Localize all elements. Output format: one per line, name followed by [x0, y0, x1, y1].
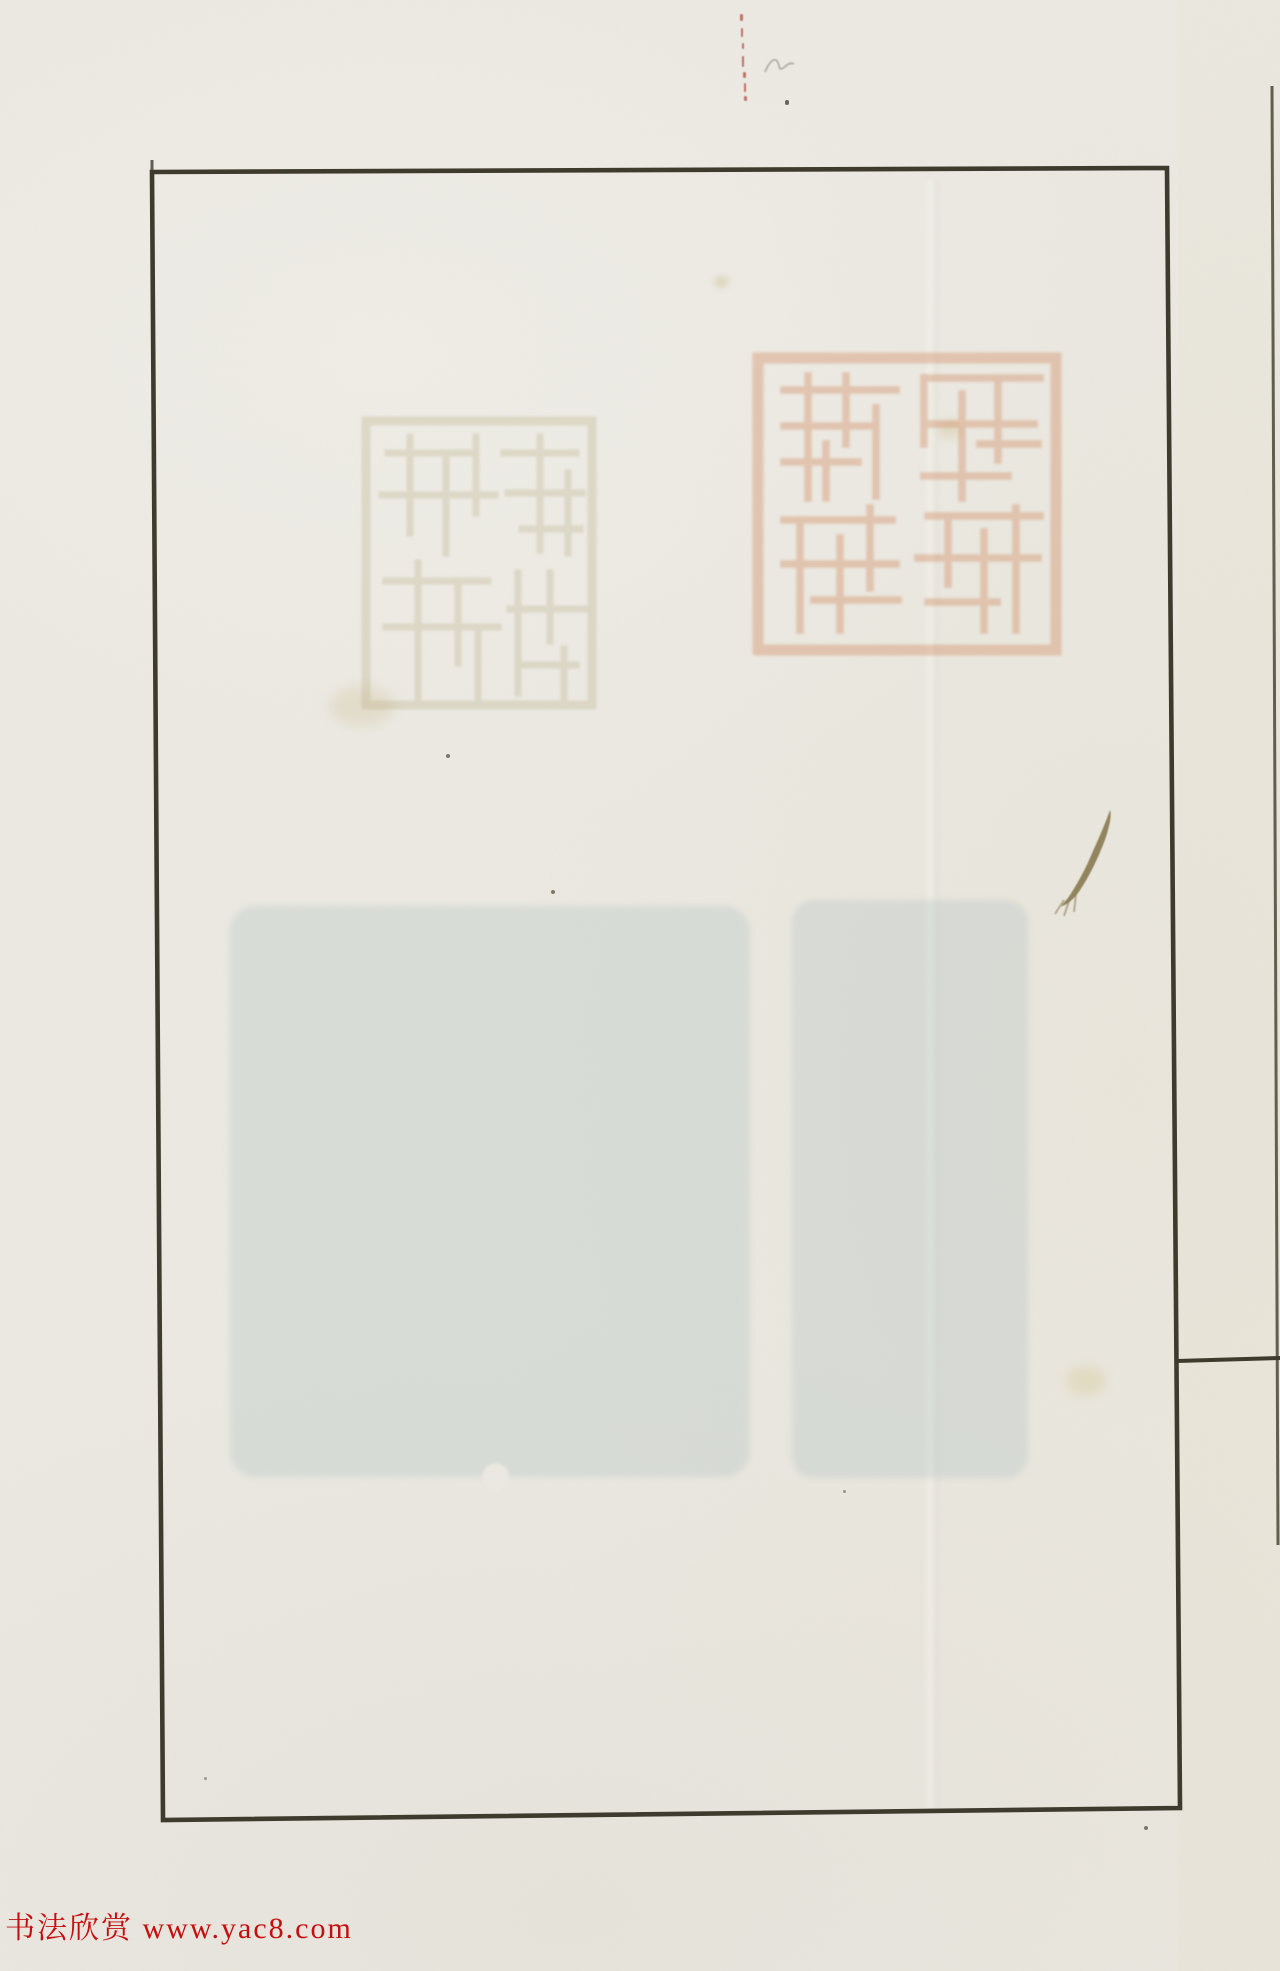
- seal-impression-right: [748, 348, 1066, 660]
- ink-speck: [204, 1777, 207, 1780]
- scanned-book-page: 书法欣赏 www.yac8.com: [0, 0, 1280, 1971]
- ink-speck: [843, 1490, 846, 1493]
- show-through-notch: [482, 1463, 509, 1491]
- pencil-scribble-mark: [762, 52, 798, 80]
- seal-impression-left: [358, 413, 600, 713]
- seal-left-glyphs: [358, 413, 600, 713]
- ink-speck: [785, 100, 789, 105]
- foxing-stain: [714, 276, 729, 288]
- ink-speck: [1144, 1826, 1148, 1830]
- foxing-stain: [1066, 1366, 1106, 1396]
- ink-show-through-block-left: [230, 906, 750, 1477]
- red-dotted-mark: [736, 12, 752, 104]
- watermark: 书法欣赏 www.yac8.com: [5, 1903, 353, 1947]
- brush-bristle-mark: [1046, 804, 1120, 918]
- ink-speck: [446, 754, 450, 758]
- seal-right-glyphs: [748, 348, 1066, 660]
- ink-show-through-block-right: [792, 900, 1028, 1478]
- adjacent-page-strip: [1178, 0, 1280, 1971]
- ink-speck: [551, 890, 555, 894]
